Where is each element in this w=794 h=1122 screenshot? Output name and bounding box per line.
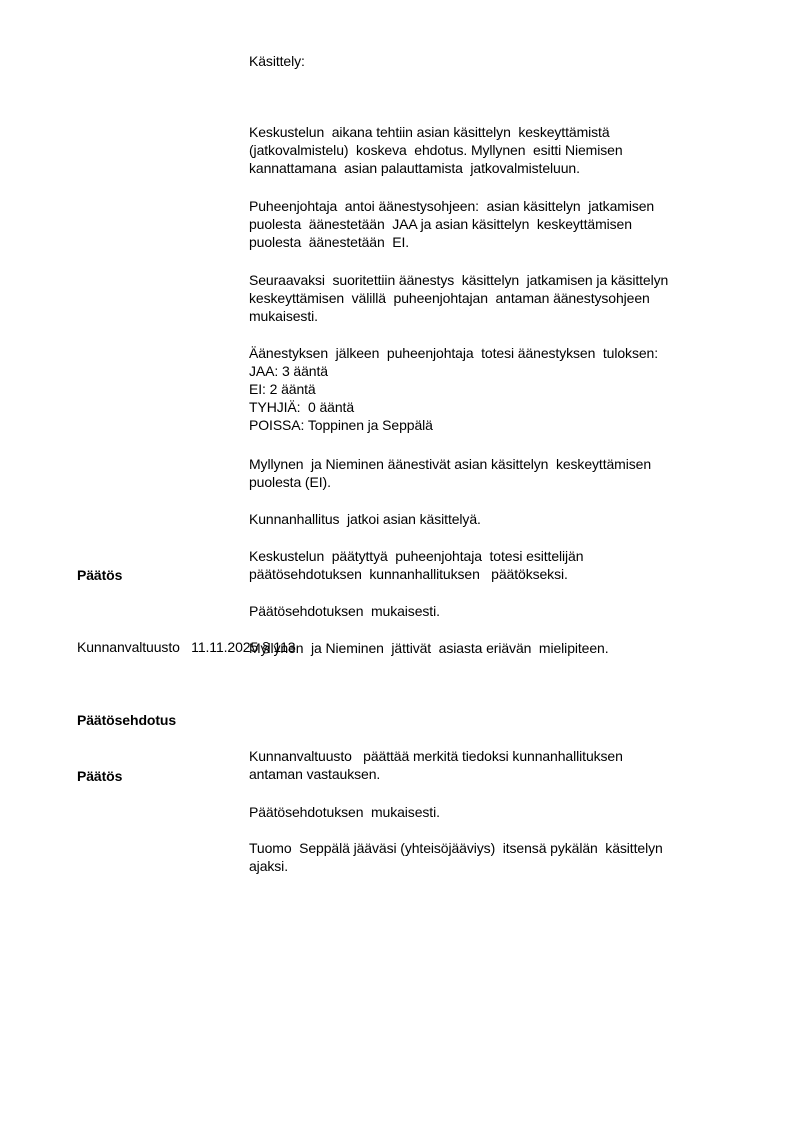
text-line: Äänestyksen jälkeen puheenjohtaja totesi… [249, 344, 729, 362]
decision-label-1: Päätös [77, 566, 122, 584]
text-line: Tuomo Seppälä jääväsi (yhteisöjääviys) i… [249, 839, 729, 857]
document-page: Käsittely: Keskustelun aikana tehtiin as… [0, 0, 794, 1122]
text-line: keskeyttämisen välillä puheenjohtajan an… [249, 289, 729, 307]
proposal-label: Päätösehdotus [77, 711, 176, 729]
text-line: Keskustelun päätyttyä puheenjohtaja tote… [249, 547, 729, 565]
text-line: puolesta äänestetään JAA ja asian käsitt… [249, 215, 729, 233]
text-line: Keskustelun aikana tehtiin asian käsitte… [249, 123, 729, 141]
decision-note-2: Tuomo Seppälä jääväsi (yhteisöjääviys) i… [249, 803, 729, 911]
vote-no-line: EI: 2 ääntä [249, 380, 729, 398]
council-reference: Kunnanvaltuusto 11.11.2025 § 113 [77, 638, 727, 656]
decision-label-2: Päätös [77, 767, 122, 785]
vote-yes-line: JAA: 3 ääntä [249, 362, 729, 380]
text-line: Myllynen ja Nieminen äänestivät asian kä… [249, 455, 729, 473]
processing-heading: Käsittely: [249, 52, 729, 70]
text-line: ajaksi. [249, 857, 729, 875]
text-line: Puheenjohtaja antoi äänestysohjeen: asia… [249, 197, 729, 215]
text-line: (jatkovalmistelu) koskeva ehdotus. Mylly… [249, 141, 729, 159]
vote-blank-line: TYHJIÄ: 0 ääntä [249, 398, 729, 416]
text-line: Seuraavaksi suoritettiin äänestys käsitt… [249, 271, 729, 289]
text-line: Kunnanvaltuusto päättää merkitä tiedoksi… [249, 747, 729, 765]
